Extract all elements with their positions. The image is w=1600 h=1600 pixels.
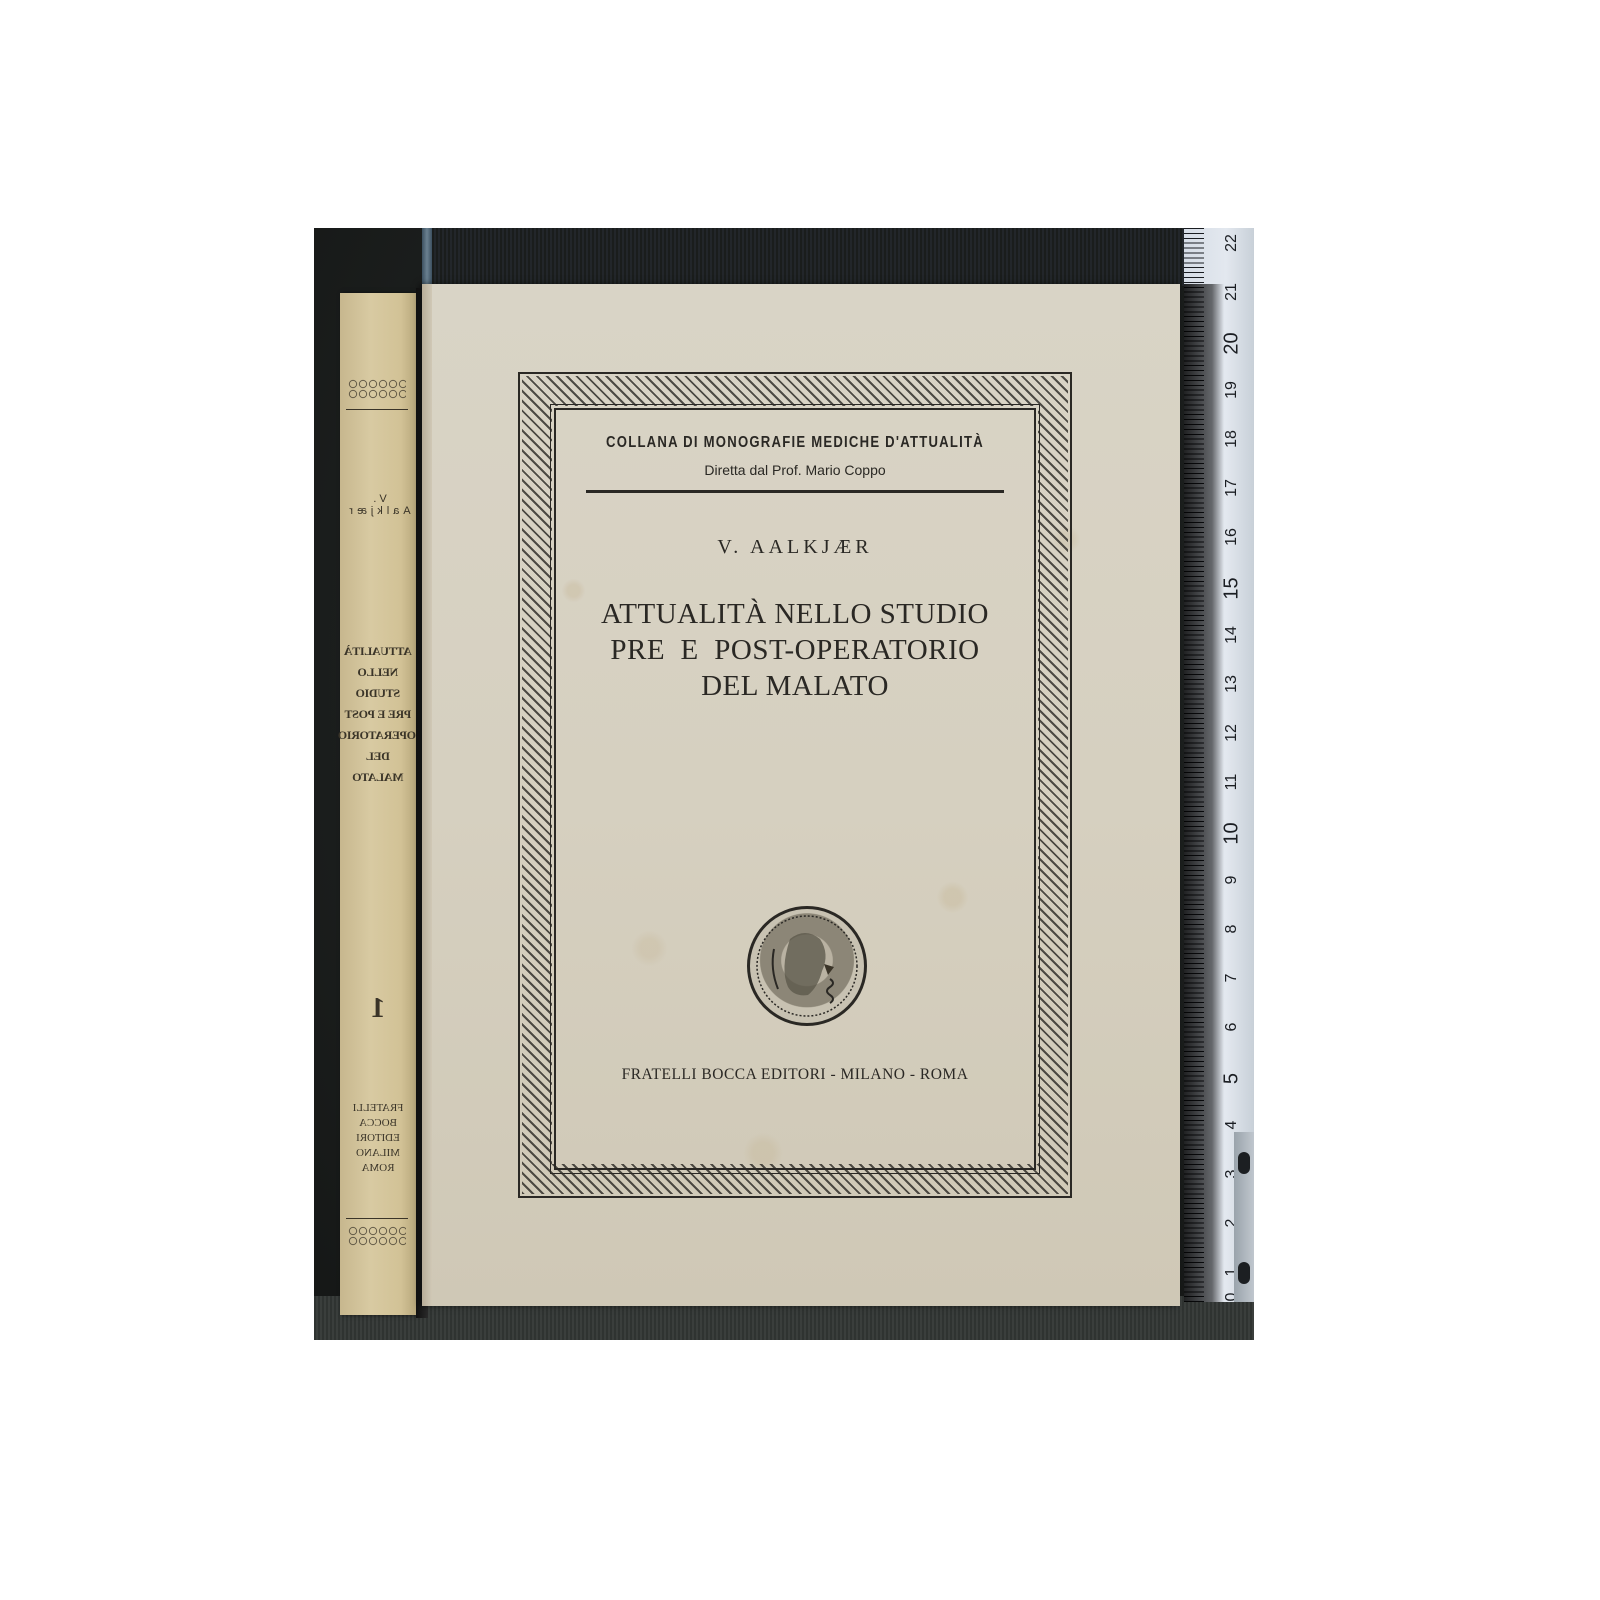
cover-publisher: FRATELLI BOCCA EDITORI - MILANO - ROMA — [554, 1066, 1036, 1084]
book-spine: V. Aalkjær ATTUALITÀ NELLO STUDIO PRE E … — [340, 293, 416, 1315]
spine-rule-top — [346, 409, 408, 410]
ruler-clamp — [1234, 1132, 1254, 1302]
glass-edge — [422, 228, 432, 286]
cover-author: V. AALKJÆR — [554, 536, 1036, 559]
header-rule — [586, 490, 1004, 493]
portrait-icon — [750, 909, 864, 1023]
book-cover: COLLANA DI MONOGRAFIE MEDICHE D'ATTUALIT… — [422, 284, 1180, 1306]
clamp-slot — [1238, 1262, 1250, 1284]
coin-emblem-icon — [747, 906, 867, 1026]
series-director: Diretta dal Prof. Mario Coppo — [554, 462, 1036, 478]
spine-author: V. Aalkjær — [340, 493, 416, 517]
spine-ornament-bottom — [348, 1225, 406, 1247]
spine-publisher: FRATELLI BOCCA EDITORI MILANO ROMA — [340, 1101, 416, 1176]
ornamental-frame-inner — [554, 408, 1036, 1170]
spine-title: ATTUALITÀ NELLO STUDIO PRE E POST OPERAT… — [340, 641, 416, 788]
cover-edge — [422, 284, 432, 1306]
clamp-slot — [1238, 1152, 1250, 1174]
spine-rule-bottom — [346, 1218, 408, 1219]
ruler-shadow — [1184, 284, 1224, 1302]
spine-ornament-top — [348, 378, 406, 400]
dark-backdrop — [432, 228, 1188, 286]
product-photo: V. Aalkjær ATTUALITÀ NELLO STUDIO PRE E … — [314, 228, 1254, 1340]
cover-title: ATTUALITÀ NELLO STUDIO PRE E POST-OPERAT… — [554, 596, 1036, 704]
spine-volume-number: 1 — [340, 993, 416, 1025]
measuring-ruler: 22 21 20 19 18 17 16 15 14 13 12 11 10 9… — [1184, 228, 1254, 1302]
series-title: COLLANA DI MONOGRAFIE MEDICHE D'ATTUALIT… — [597, 434, 992, 452]
